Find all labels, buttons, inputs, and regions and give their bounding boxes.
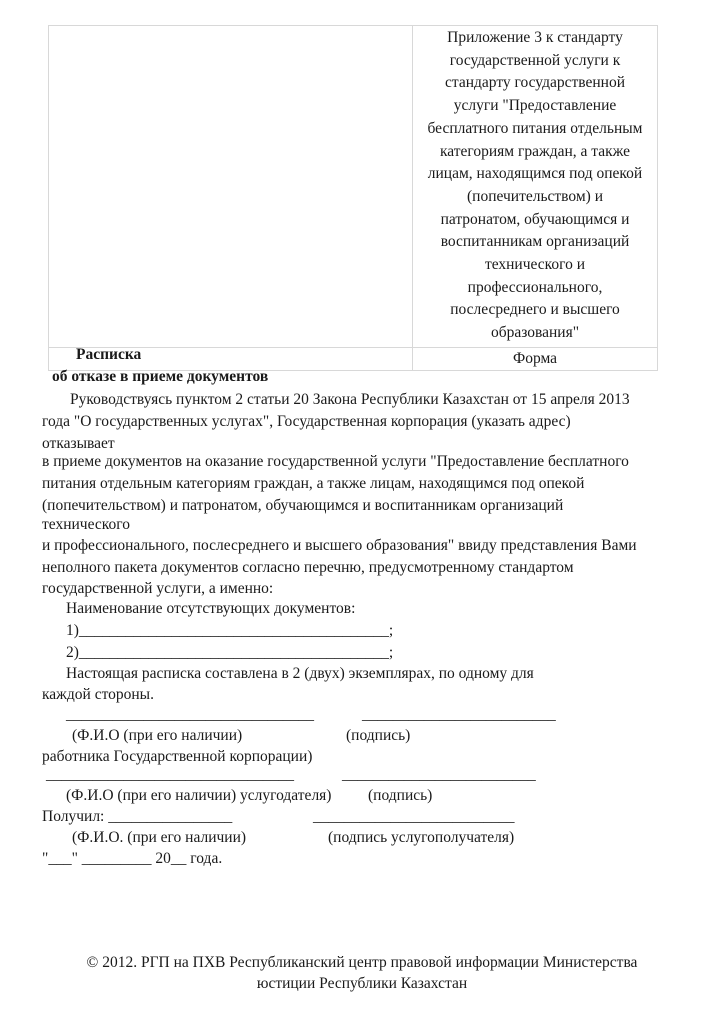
appendix-line: профессионального, bbox=[417, 277, 653, 300]
appendix-cell: Приложение 3 к стандарту государственной… bbox=[413, 26, 658, 348]
appendix-line: образования" bbox=[417, 322, 653, 345]
missing-doc-field-2[interactable]: 2)______________________________________… bbox=[66, 642, 393, 664]
appendix-line: услуги "Предоставление bbox=[417, 95, 653, 118]
receiver-sign-label: (подпись услугополучателя) bbox=[328, 827, 514, 849]
appendix-line: (попечительством) и bbox=[417, 186, 653, 209]
appendix-line: послесреднего и высшего bbox=[417, 299, 653, 322]
date-field[interactable]: "___" _________ 20__ года. bbox=[42, 848, 222, 870]
employee-fio-field[interactable]: ________________________________ bbox=[66, 704, 314, 726]
appendix-header-table: Приложение 3 к стандарту государственной… bbox=[48, 25, 658, 371]
appendix-line: патронатом, обучающимся и bbox=[417, 209, 653, 232]
appendix-line: стандарту государственной bbox=[417, 72, 653, 95]
employee-fio-label: (Ф.И.О (при его наличии) bbox=[72, 725, 242, 747]
body-line: неполного пакета документов согласно пер… bbox=[42, 557, 574, 579]
body-line: государственной услуги, а именно: bbox=[42, 578, 273, 600]
form-label: Форма bbox=[413, 347, 658, 370]
provider-sign-label: (подпись) bbox=[368, 785, 432, 807]
receiver-fio-label: (Ф.И.О. (при его наличии) bbox=[72, 827, 246, 849]
footer-copyright-line2: юстиции Республики Казахстан bbox=[0, 972, 724, 996]
body-line: Руководствуясь пунктом 2 статьи 20 Закон… bbox=[70, 389, 630, 411]
empty-left-cell bbox=[49, 26, 413, 348]
copies-text: каждой стороны. bbox=[42, 684, 154, 706]
appendix-line: бесплатного питания отдельным bbox=[417, 118, 653, 141]
appendix-line: технического и bbox=[417, 254, 653, 277]
appendix-line: категориям граждан, а также bbox=[417, 141, 653, 164]
receiver-signature-field[interactable]: __________________________ bbox=[313, 806, 515, 828]
missing-doc-field-1[interactable]: 1)______________________________________… bbox=[66, 620, 393, 642]
employee-signature-field[interactable]: _________________________ bbox=[362, 704, 556, 726]
employee-sign-label: (подпись) bbox=[346, 725, 410, 747]
copies-text: Настоящая расписка составлена в 2 (двух)… bbox=[66, 663, 534, 685]
appendix-line: лицам, находящимся под опекой bbox=[417, 163, 653, 186]
missing-docs-label: Наименование отсутствующих документов: bbox=[66, 598, 355, 620]
body-line: технического bbox=[42, 514, 130, 536]
provider-signature-field[interactable]: _________________________ bbox=[342, 764, 536, 786]
provider-fio-field[interactable]: ________________________________ bbox=[46, 764, 294, 786]
body-line: в приеме документов на оказание государс… bbox=[42, 451, 629, 473]
provider-fio-label: (Ф.И.О (при его наличии) услугодателя) bbox=[66, 785, 331, 807]
received-field[interactable]: Получил: ________________ bbox=[42, 806, 232, 828]
body-line: питания отдельным категориям граждан, а … bbox=[42, 473, 584, 495]
body-line: года "О государственных услугах", Госуда… bbox=[42, 411, 571, 433]
appendix-line: воспитанникам организаций bbox=[417, 231, 653, 254]
body-line: и профессионального, послесреднего и выс… bbox=[42, 535, 637, 557]
appendix-line: Приложение 3 к стандарту bbox=[417, 27, 653, 50]
document-title: Расписка bbox=[76, 344, 141, 366]
appendix-line: государственной услуги к bbox=[417, 50, 653, 73]
document-subtitle: об отказе в приеме документов bbox=[52, 366, 268, 388]
